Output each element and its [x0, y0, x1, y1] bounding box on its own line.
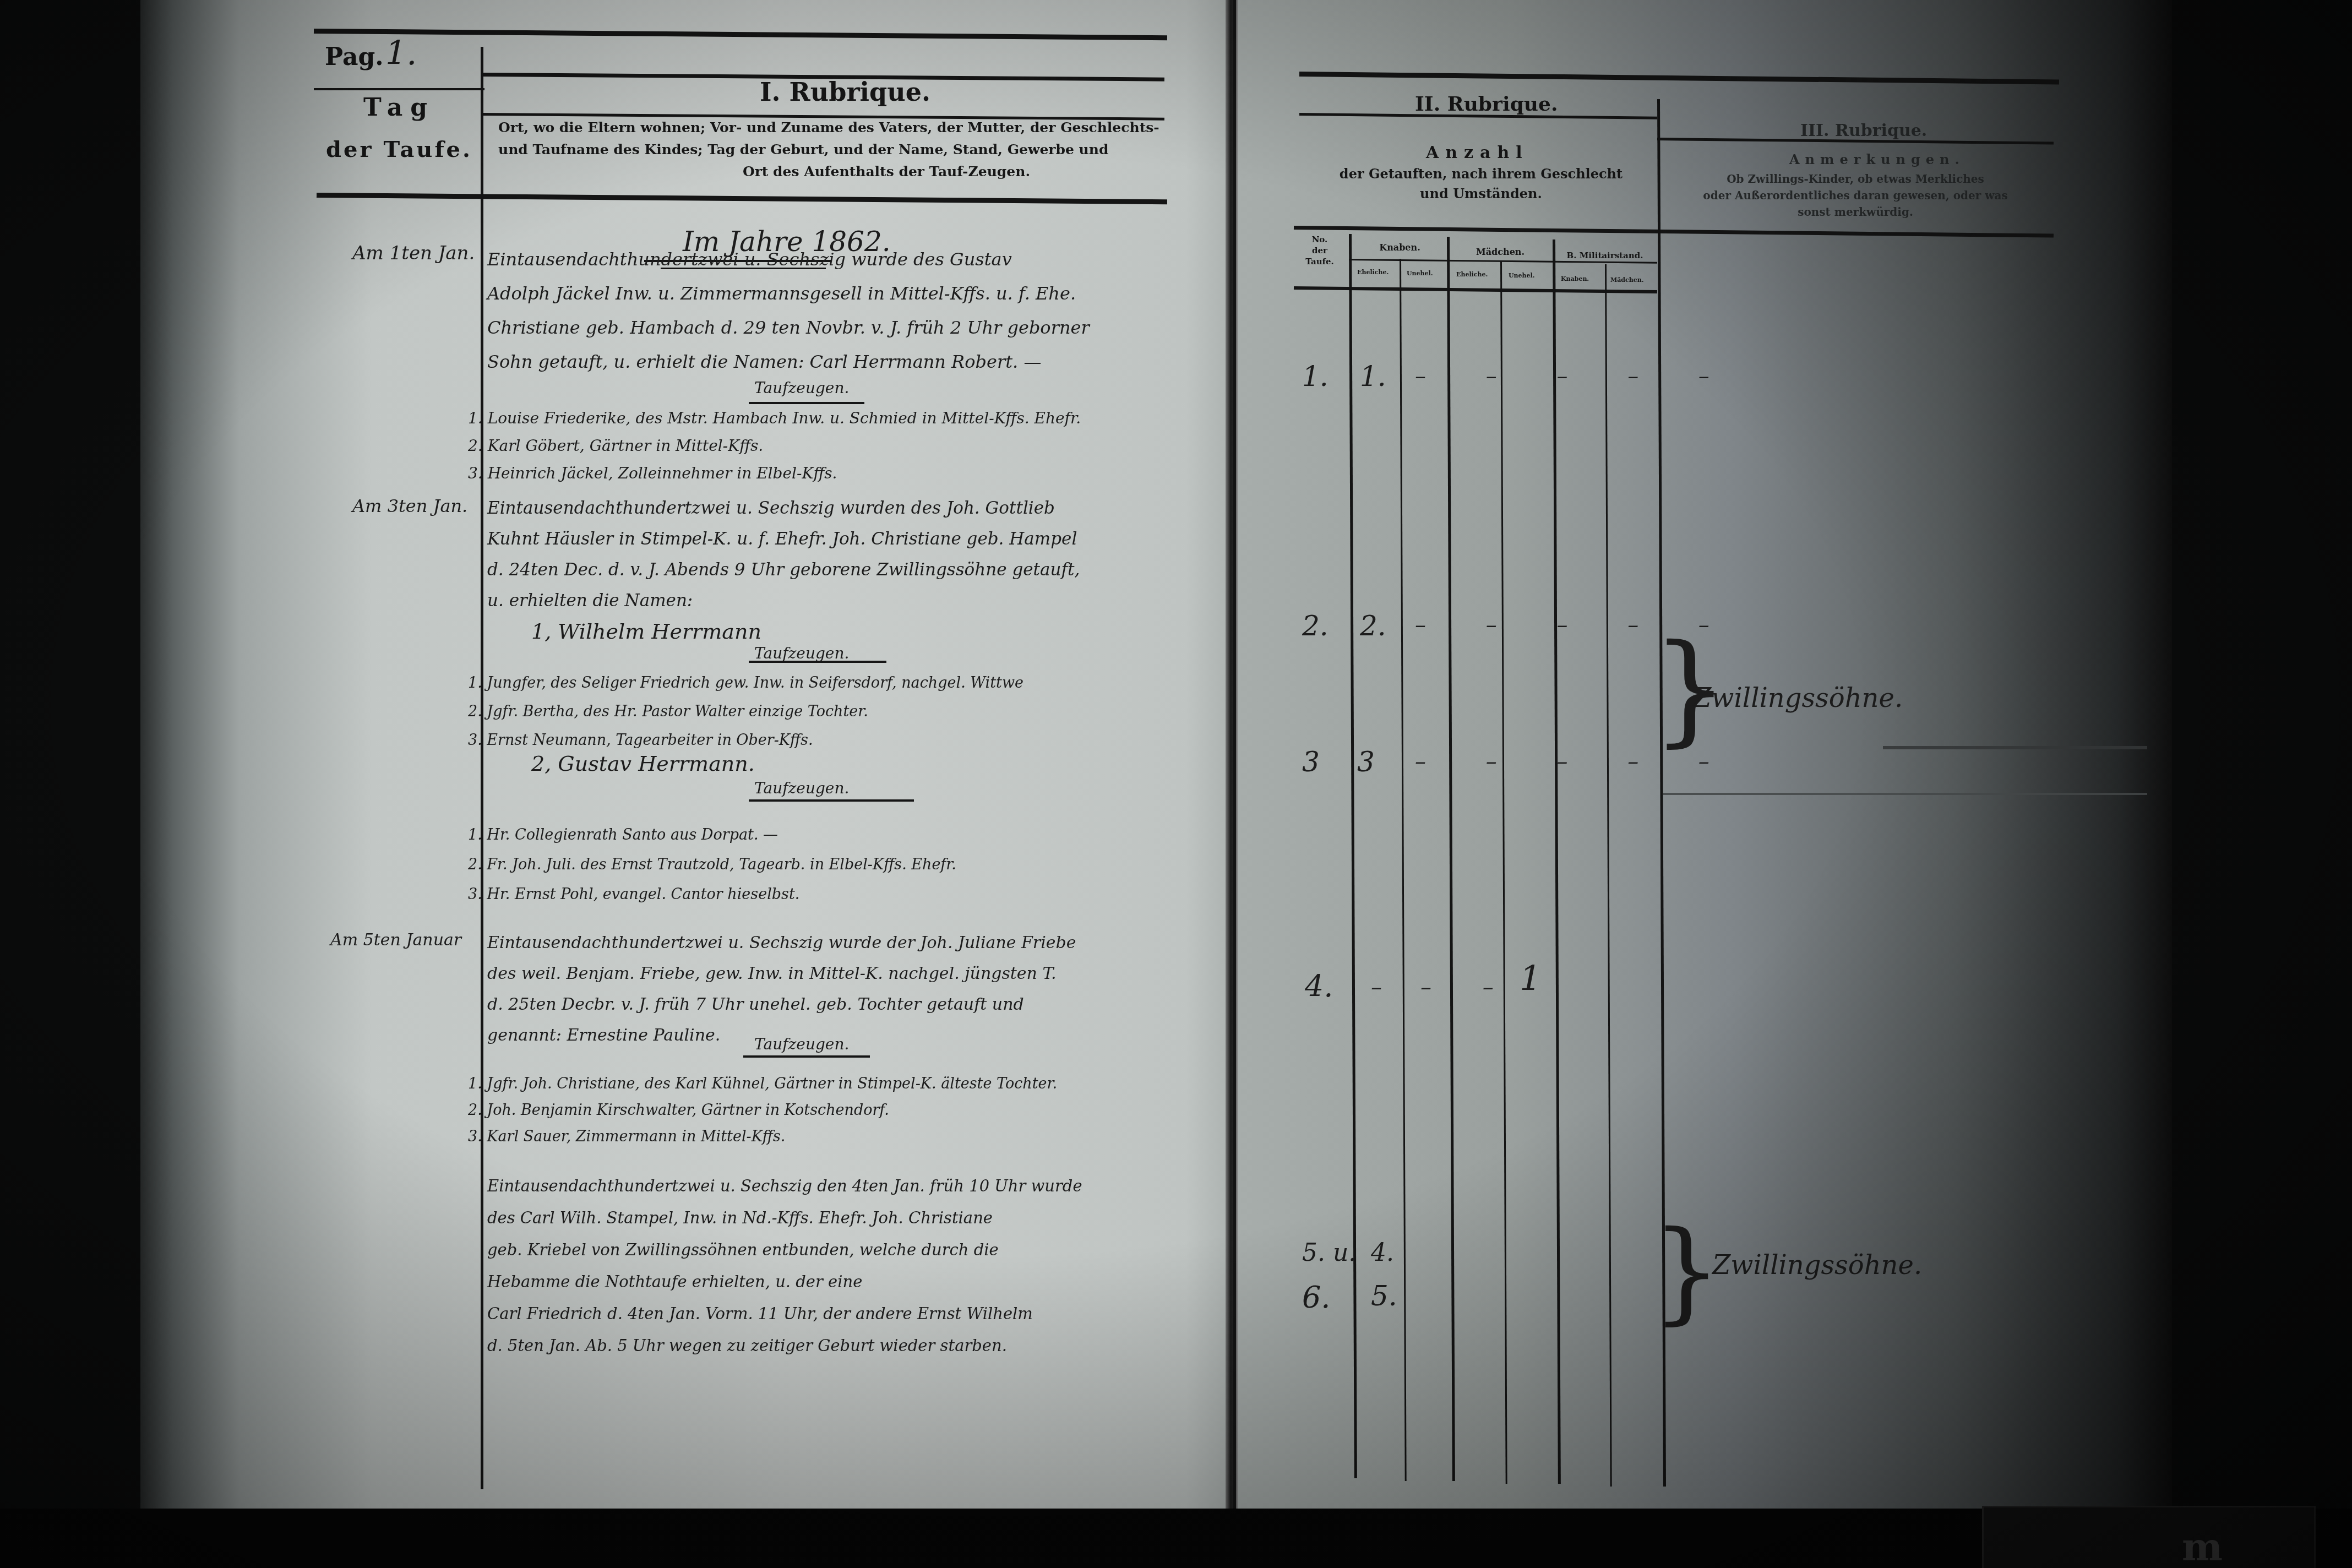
entry-date: Am 5ten Januar: [330, 930, 461, 950]
witness-list: 1. Hr. Collegienrath Santo aus Dorpat. —…: [468, 820, 956, 910]
row-maedchen-unehel: 1: [1520, 958, 1541, 998]
witness-item: 3. Karl Sauer, Zimmermann in Mittel-Kffs…: [468, 1124, 1057, 1150]
col-sub-knaben: Knaben.: [1561, 275, 1589, 282]
witness-item: 3. Hr. Ernst Pohl, evangel. Cantor hiese…: [468, 880, 956, 910]
witness-list: 1. Jgfr. Joh. Christiane, des Karl Kühne…: [468, 1071, 1057, 1150]
entry-line: Eintausendachthundertzwei u. Sechszig wu…: [487, 493, 1080, 524]
entry-line: Eintausendachthundertzwei u. Sechszig wu…: [487, 242, 1090, 276]
col-sub-unehel: Unehel.: [1509, 272, 1535, 279]
page-number: 1.: [385, 34, 417, 73]
witness-heading: Taufzeugen.: [754, 1035, 849, 1053]
row-knaben-ehelich: –: [1371, 974, 1382, 1000]
archive-label-sticker: m: [1982, 1506, 2316, 1568]
witness-item: 2. Jgfr. Bertha, des Hr. Pastor Walter e…: [468, 698, 1023, 726]
entry-line: d. 25ten Decbr. v. J. früh 7 Uhr unehel.…: [487, 989, 1076, 1020]
entry-line: Christiane geb. Hambach d. 29 ten Novbr.…: [487, 311, 1090, 345]
row-knaben-ehelich: 2.: [1360, 610, 1386, 642]
row-no: 5. u.: [1302, 1239, 1356, 1267]
witness-list: 1. Louise Friederike, des Mstr. Hambach …: [468, 405, 1081, 487]
row-no: 6.: [1302, 1280, 1331, 1315]
col-header-maedchen: Mädchen.: [1448, 247, 1553, 257]
witness-item: 1. Hr. Collegienrath Santo aus Dorpat. —: [468, 820, 956, 850]
witness-item: 3. Heinrich Jäckel, Zolleinnehmer in Elb…: [468, 460, 1081, 487]
description-line: und Taufname des Kindes; Tag der Geburt,…: [498, 139, 1164, 161]
witness-item: 1. Louise Friederike, des Mstr. Hambach …: [468, 405, 1081, 432]
col-sub-ehelich: Eheliche.: [1456, 271, 1488, 278]
page-edge-line: [1233, 0, 1236, 1509]
row-no: 2.: [1302, 610, 1329, 642]
witness-list: 1. Jungfer, des Seliger Friedrich gew. I…: [468, 669, 1023, 755]
entry-text: Eintausendachthundertzwei u. Sechszig wu…: [487, 928, 1076, 1051]
row-dashes: – – – – –: [1415, 363, 1736, 389]
description-line: Ort, wo die Eltern wohnen; Vor- und Zuna…: [498, 117, 1164, 139]
entry-line: des weil. Benjam. Friebe, gew. Inw. in M…: [487, 959, 1076, 989]
row-no: 3: [1302, 746, 1320, 778]
entry-line: Eintausendachthundertzwei u. Sechszig wu…: [487, 928, 1076, 959]
row-knaben-ehelich: 4.: [1371, 1239, 1394, 1267]
entry-line: u. erhielten die Namen:: [487, 585, 1080, 616]
witness-heading: Taufzeugen.: [754, 379, 849, 397]
remark-text: Zwillingssöhne.: [1693, 683, 1903, 714]
entry-text: Eintausendachthundertzwei u. Sechszig de…: [487, 1170, 1082, 1362]
witness-heading: Taufzeugen.: [754, 779, 849, 797]
col-header-no-der-taufe: No. der Taufe.: [1295, 234, 1344, 267]
entry-line: Eintausendachthundertzwei u. Sechszig de…: [487, 1170, 1082, 1202]
child-name: 2, Gustav Herrmann.: [531, 752, 755, 776]
row-no: 1.: [1302, 361, 1329, 393]
witness-underline: [743, 1055, 870, 1058]
entry-line: Kuhnt Häusler in Stimpel-K. u. f. Ehefr.…: [487, 524, 1080, 554]
col-sub-maedchen: Mädchen.: [1610, 276, 1644, 284]
entry-date: Am 1ten Jan.: [352, 242, 475, 264]
day-header-tag: Tag: [325, 94, 473, 122]
sticker-text: m: [2182, 1524, 2223, 1568]
entry-line: Sohn getauft, u. erhielt die Namen: Carl…: [487, 345, 1090, 379]
witness-item: 2. Fr. Joh. Juli. des Ernst Trautzold, T…: [468, 850, 956, 880]
remark-text: Zwillingssöhne.: [1712, 1250, 1922, 1281]
brace-icon: }: [1652, 1217, 1722, 1327]
anzahl-heading: Anzahl: [1426, 143, 1529, 162]
col-header-militair: B. Militairstand.: [1553, 251, 1657, 260]
witness-item: 1. Jgfr. Joh. Christiane, des Karl Kühne…: [468, 1071, 1057, 1097]
witness-item: 3. Ernst Neumann, Tagearbeiter in Ober-K…: [468, 726, 1023, 755]
strike-line: [1883, 746, 2147, 749]
anmerkungen-heading: Anmerkungen.: [1789, 151, 1965, 167]
rubrique-ii-title: II. Rubrique.: [1415, 92, 1558, 116]
day-header-der-taufe: der Taufe.: [325, 137, 473, 162]
witness-item: 2. Karl Göbert, Gärtner in Mittel-Kffs.: [468, 432, 1081, 460]
entry-line: d. 24ten Dec. d. v. J. Abends 9 Uhr gebo…: [487, 554, 1080, 585]
row-knaben-ehelich: 3: [1357, 746, 1375, 778]
entry-line: Carl Friedrich d. 4ten Jan. Vorm. 11 Uhr…: [487, 1298, 1082, 1330]
entry-text: Eintausendachthundertzwei u. Sechszig wu…: [487, 242, 1090, 379]
description-line: Ort des Aufenthalts der Tauf-Zeugen.: [498, 161, 1164, 183]
witness-item: 2. Joh. Benjamin Kirschwalter, Gärtner i…: [468, 1097, 1057, 1124]
row-knaben-ehelich: 5.: [1371, 1280, 1397, 1312]
col-header-knaben: Knaben.: [1352, 242, 1448, 253]
day-column-divider: [481, 47, 483, 1489]
witness-item: 1. Jungfer, des Seliger Friedrich gew. I…: [468, 669, 1023, 698]
entry-line: geb. Kriebel von Zwillingssöhnen entbund…: [487, 1234, 1082, 1266]
page-label: Pag.: [325, 43, 384, 71]
column-description: Ort, wo die Eltern wohnen; Vor- und Zuna…: [498, 117, 1164, 183]
entry-text: Eintausendachthundertzwei u. Sechszig wu…: [487, 493, 1080, 647]
rubrique-iii-title: III. Rubrique.: [1800, 121, 1927, 140]
witness-underline: [749, 661, 886, 663]
pag-rule: [314, 88, 484, 90]
entry-date: Am 3ten Jan.: [352, 496, 467, 516]
entry-line: Adolph Jäckel Inw. u. Zimmermannsgesell …: [487, 276, 1090, 311]
rubrique-i-title: I. Rubrique.: [760, 77, 930, 107]
witness-underline: [749, 799, 914, 802]
row-no: 4.: [1305, 969, 1333, 1004]
entry-line: d. 5ten Jan. Ab. 5 Uhr wegen zu zeitiger…: [487, 1330, 1082, 1362]
witness-underline: [749, 402, 864, 404]
row-dashes: – –: [1420, 974, 1516, 1000]
anmerkungen-description: Ob Zwillings-Kinder, ob etwas Merkliches…: [1674, 171, 2037, 220]
strike-line: [1663, 793, 2147, 795]
row-knaben-ehelich: 1.: [1360, 361, 1386, 393]
entry-line: Hebamme die Nothtaufe erhielten, u. der …: [487, 1266, 1082, 1298]
col-sub-ehelich: Eheliche.: [1357, 269, 1389, 276]
entry-line: des Carl Wilh. Stampel, Inw. in Nd.-Kffs…: [487, 1202, 1082, 1234]
child-name: 1, Wilhelm Herrmann: [487, 616, 1080, 647]
col-sub-unehel: Unehel.: [1407, 270, 1433, 277]
anzahl-description: der Getauften, nach ihrem Geschlecht und…: [1310, 164, 1652, 204]
witness-heading: Taufzeugen.: [754, 644, 849, 662]
